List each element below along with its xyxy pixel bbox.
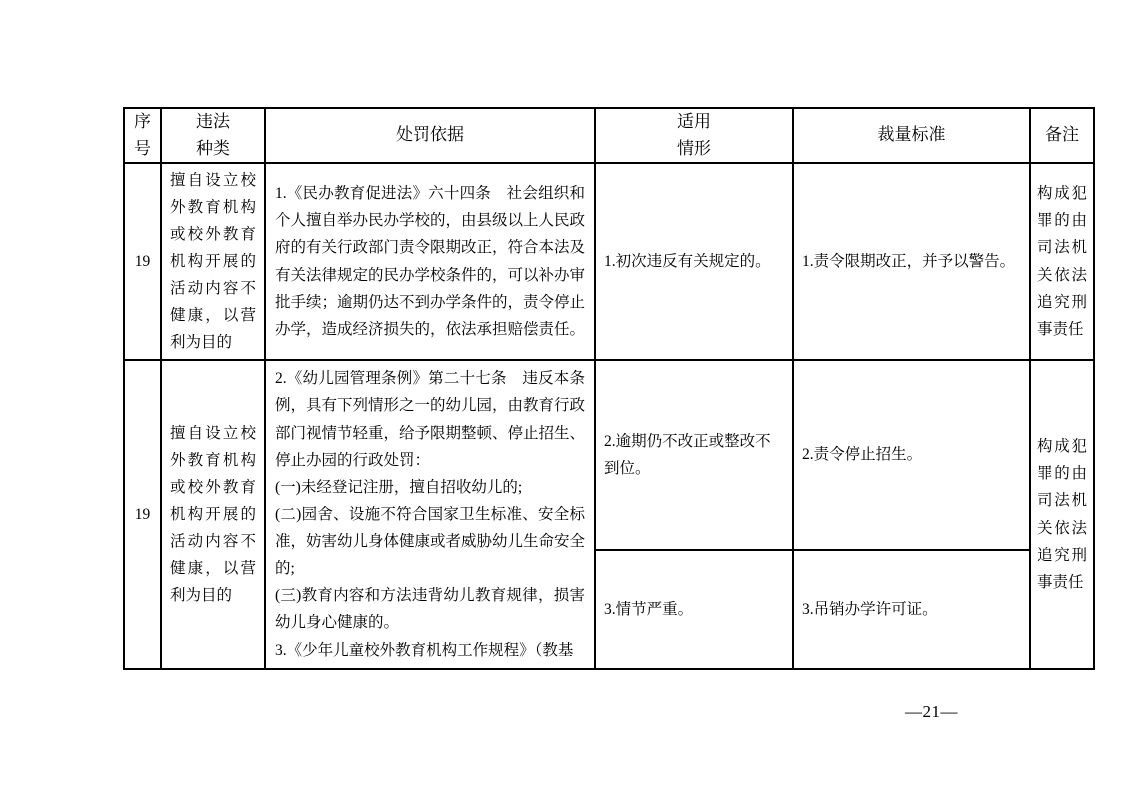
- header-cell-discretion-standard: 裁量标准: [794, 109, 1031, 164]
- row2-violation-type-cell: 擅自设立校外教育机构或校外教育机构开展的活动内容不健康，以营利为目的: [162, 361, 266, 668]
- row1-situation-cell: 1.初次违反有关规定的。: [596, 164, 794, 361]
- row1-remark-cell: 构成犯罪的由司法机关依法追究刑事责任: [1031, 164, 1093, 361]
- penalty-table: 序 号 违法 种类 处罚依据 适用 情形 裁量标准 备注 19 擅自设立校外教育…: [123, 107, 1095, 670]
- row2-remark-text: 构成犯罪的由司法机关依法追究刑事责任: [1037, 433, 1087, 596]
- row1-serial-cell: 19: [125, 164, 162, 361]
- row1-violation-type-text: 擅自设立校外教育机构或校外教育机构开展的活动内容不健康，以营利为目的: [170, 167, 256, 357]
- row2-standard-cell-a: 2.责令停止招生。: [794, 361, 1031, 551]
- row2-situation-cell-b: 3.情节严重。: [596, 551, 794, 668]
- row1-remark-text: 构成犯罪的由司法机关依法追究刑事责任: [1037, 180, 1087, 343]
- row2-violation-type-text: 擅自设立校外教育机构或校外教育机构开展的活动内容不健康，以营利为目的: [170, 420, 256, 610]
- row2-remark-cell: 构成犯罪的由司法机关依法追究刑事责任: [1031, 361, 1093, 668]
- row1-penalty-basis-text: 1.《民办教育促进法》六十四条 社会组织和个人擅自举办民办学校的，由县级以上人民…: [275, 180, 585, 343]
- header-cell-violation-type: 违法 种类: [162, 109, 266, 164]
- row2-situation-cell-a: 2.逾期仍不改正或整改不到位。: [596, 361, 794, 551]
- row1-penalty-basis-cell: 1.《民办教育促进法》六十四条 社会组织和个人擅自举办民办学校的，由县级以上人民…: [266, 164, 596, 361]
- header-cell-remark: 备注: [1031, 109, 1093, 164]
- header-cell-penalty-basis: 处罚依据: [266, 109, 596, 164]
- header-cell-applicable-situation: 适用 情形: [596, 109, 794, 164]
- row2-serial-cell: 19: [125, 361, 162, 668]
- row2-penalty-basis-text: 2.《幼儿园管理条例》第二十七条 违反本条例，具有下列情形之一的幼儿园，由教育行…: [275, 365, 585, 663]
- row1-standard-cell: 1.责令限期改正，并予以警告。: [794, 164, 1031, 361]
- header-cell-serial: 序 号: [125, 109, 162, 164]
- row2-penalty-basis-cell: 2.《幼儿园管理条例》第二十七条 违反本条例，具有下列情形之一的幼儿园，由教育行…: [266, 361, 596, 668]
- row1-violation-type-cell: 擅自设立校外教育机构或校外教育机构开展的活动内容不健康，以营利为目的: [162, 164, 266, 361]
- row2-standard-cell-b: 3.吊销办学许可证。: [794, 551, 1031, 668]
- page-number: —21—: [905, 702, 958, 722]
- document-page: 序 号 违法 种类 处罚依据 适用 情形 裁量标准 备注 19 擅自设立校外教育…: [0, 0, 1123, 794]
